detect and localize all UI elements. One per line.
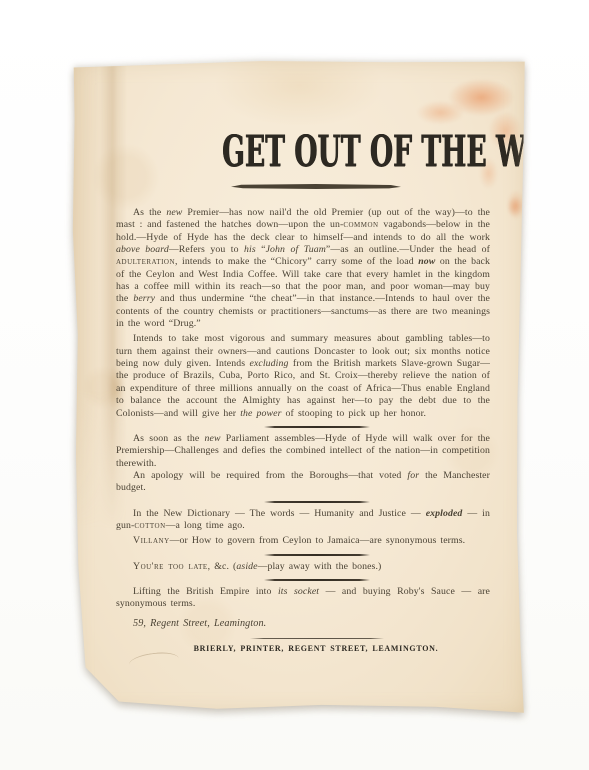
imprint-divider xyxy=(250,638,384,640)
paragraph-empire: Lifting the British Empire into its sock… xyxy=(116,586,490,611)
paragraph-dictionary: In the New Dictionary — The words — Huma… xyxy=(116,508,490,533)
photo-canvas: { "colors": { "background": "#ffffff", "… xyxy=(0,0,589,770)
section-divider xyxy=(264,554,370,556)
broadside-paper: GET OUT OF THE WAY. As the new Premier—h… xyxy=(71,59,527,716)
section-divider xyxy=(264,501,370,503)
broadside-title: GET OUT OF THE WAY. xyxy=(222,131,568,174)
photo-background: GET OUT OF THE WAY. As the new Premier—h… xyxy=(0,0,589,770)
paragraph-apology: An apology will be required from the Bor… xyxy=(116,470,490,495)
title-rule xyxy=(231,184,401,189)
section-divider xyxy=(264,579,370,581)
address-line: 59, Regent Street, Leamington. xyxy=(116,618,490,630)
title-block: GET OUT OF THE WAY. xyxy=(116,131,490,189)
paper-shadow: GET OUT OF THE WAY. As the new Premier—h… xyxy=(71,59,527,716)
broadside-body: As the new Premier—has now nail'd the ol… xyxy=(116,207,490,656)
paragraph-premier: As the new Premier—has now nail'd the ol… xyxy=(116,207,490,330)
paragraph-too-late: You're too late, &c. (aside—play away wi… xyxy=(116,561,490,573)
stain-right-edge xyxy=(497,181,529,229)
paragraph-parliament: As soon as the new Parliament assembles—… xyxy=(116,433,490,470)
printer-imprint: BRIERLY, PRINTER, REGENT STREET, LEAMING… xyxy=(129,643,503,655)
paragraph-villany: Villany—or How to govern from Ceylon to … xyxy=(116,535,490,547)
paragraph-measures: Intends to take most vigorous and summar… xyxy=(116,333,490,419)
section-divider xyxy=(264,426,370,428)
